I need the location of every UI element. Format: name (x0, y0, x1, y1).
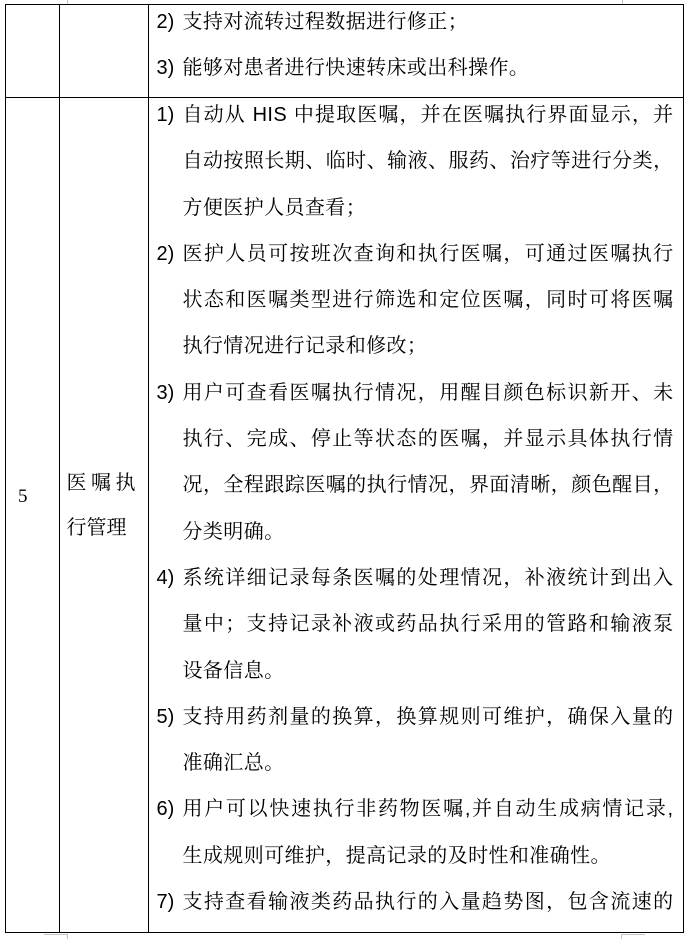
item-marker: 4) (157, 555, 183, 694)
item-line: 用户可以快速执行非药物医嘱,并自动生成病情记录, (183, 786, 674, 832)
item-line: 支持对流转过程数据进行修正； (183, 5, 674, 45)
crop-mark-bottom-right-v (621, 934, 622, 939)
item-line: 准确汇总。 (183, 740, 674, 786)
list-item: 2) 医护人员可按班次查询和执行医嘱，可通过医嘱执行 状态和医嘱类型进行筛选和定… (157, 231, 683, 370)
item-line: 执行、完成、停止等状态的医嘱，并显示具体执行情 (183, 416, 674, 462)
item-marker: 3) (157, 45, 183, 91)
item-line: 支持查看输液类药品执行的入量趋势图，包含流速的 (183, 879, 674, 925)
item-marker: 7) (157, 879, 183, 925)
item-line: 能够对患者进行快速转床或出科操作。 (183, 45, 674, 91)
row-2-index-cell: 5 (6, 98, 60, 933)
item-line: 状态和医嘱类型进行筛选和定位医嘱，同时可将医嘱 (183, 277, 674, 323)
item-marker: 2) (157, 231, 183, 370)
list-item: 4) 系统详细记录每条医嘱的处理情况，补液统计到出入 量中；支持记录补液或药品执… (157, 555, 683, 694)
item-marker: 6) (157, 786, 183, 879)
row-1-index-cell (6, 5, 60, 98)
item-line: 系统详细记录每条医嘱的处理情况，补液统计到出入 (183, 555, 674, 601)
item-line: 况，全程跟踪医嘱的执行情况，界面清晰，颜色醒目， (183, 462, 674, 508)
list-item: 5) 支持用药剂量的换算，换算规则可维护，确保入量的 准确汇总。 (157, 694, 683, 787)
module-name-line: 医嘱执 (67, 461, 136, 506)
item-line: 执行情况进行记录和修改； (183, 323, 674, 369)
document-page: 2) 支持对流转过程数据进行修正； 3) 能够对患者进行快速转床或出科操作。 5 (0, 0, 693, 939)
module-name-line: 行管理 (67, 506, 136, 551)
item-line: 设备信息。 (183, 648, 674, 694)
item-line: 方便医护人员查看； (183, 185, 674, 231)
item-marker: 1) (157, 98, 183, 231)
row-2-description-cell: 1) 自动从 HIS 中提取医嘱，并在医嘱执行界面显示，并 自动按照长期、临时、… (149, 98, 684, 933)
list-item: 3) 能够对患者进行快速转床或出科操作。 (157, 45, 683, 91)
list-item: 7) 支持查看输液类药品执行的入量趋势图，包含流速的 (157, 879, 683, 925)
item-marker: 3) (157, 370, 183, 555)
item-line: 自动从 HIS 中提取医嘱，并在医嘱执行界面显示，并 (183, 98, 674, 138)
row-2-module-cell: 医嘱执 行管理 (60, 98, 149, 933)
item-line: 医护人员可按班次查询和执行医嘱，可通过医嘱执行 (183, 231, 674, 277)
crop-mark-bottom-right-h (621, 934, 645, 935)
list-item: 3) 用户可查看医嘱执行情况，用醒目颜色标识新开、未 执行、完成、停止等状态的医… (157, 370, 683, 555)
item-marker: 5) (157, 694, 183, 787)
crop-mark-bottom-left-v (67, 934, 68, 939)
row-index: 5 (18, 486, 28, 508)
item-marker: 2) (157, 5, 183, 45)
list-item: 2) 支持对流转过程数据进行修正； (157, 5, 683, 45)
item-line: 支持用药剂量的换算，换算规则可维护，确保入量的 (183, 694, 674, 740)
item-line: 量中；支持记录补液或药品执行采用的管路和输液泵 (183, 601, 674, 647)
item-line: 生成规则可维护，提高记录的及时性和准确性。 (183, 833, 674, 879)
item-line: 自动按照长期、临时、输液、服药、治疗等进行分类， (183, 138, 674, 184)
module-name: 医嘱执 行管理 (67, 461, 136, 551)
row-1-description-cell: 2) 支持对流转过程数据进行修正； 3) 能够对患者进行快速转床或出科操作。 (149, 5, 684, 98)
list-item: 6) 用户可以快速执行非药物医嘱,并自动生成病情记录, 生成规则可维护，提高记录… (157, 786, 683, 879)
crop-mark-bottom-left-h (44, 934, 68, 935)
row-1-module-cell (60, 5, 149, 98)
item-line: 分类明确。 (183, 509, 674, 555)
item-line: 用户可查看医嘱执行情况，用醒目颜色标识新开、未 (183, 370, 674, 416)
requirements-table: 2) 支持对流转过程数据进行修正； 3) 能够对患者进行快速转床或出科操作。 5 (5, 4, 684, 933)
list-item: 1) 自动从 HIS 中提取医嘱，并在医嘱执行界面显示，并 自动按照长期、临时、… (157, 98, 683, 231)
